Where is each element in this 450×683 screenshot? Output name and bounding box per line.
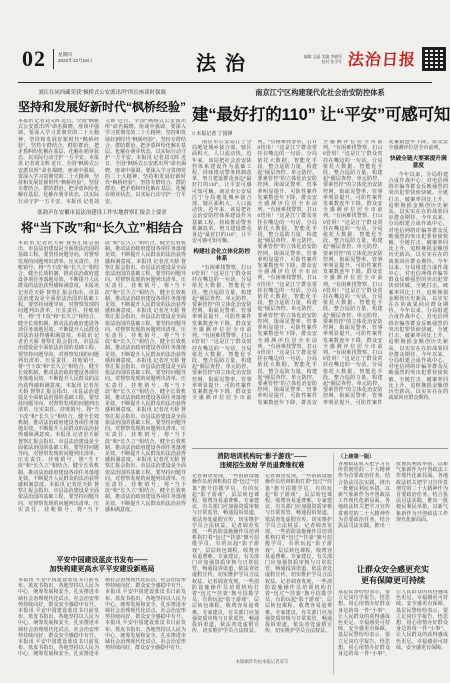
- article-subhead: 快破全链大要案提升满意度: [389, 156, 449, 168]
- footer-note: 本版稿件均由本报记者采写: [192, 659, 332, 665]
- date: 2022年12月15日: [58, 58, 92, 64]
- article-subhead: 构建社会化立体化防控体系: [192, 249, 252, 261]
- brief-headline-line2: 更有保障更可持续: [338, 575, 448, 586]
- article-mid-left: 张韵声在安徽市县法治建设工作实地督察汇报会上要求 将“当下改”和“长久立”相结合…: [18, 208, 186, 547]
- brief-headline-line1: 让群众安全感更充实: [338, 564, 448, 575]
- article-bottom-middle: 消防培训机构玩“影子游戏”—— 违规招生敛财 学员退费维权难 记者调查发现，一些…: [192, 453, 332, 665]
- article-kicker: 刘江在同西藏荣获“枫桥式公安派出所”所长座谈时强调: [18, 88, 186, 96]
- credits-line-2: 校对 张学军: [296, 59, 342, 64]
- article-headline: 建“最好打的110” 让“平安”可感可知: [192, 101, 448, 125]
- section-title: 法治: [160, 47, 290, 76]
- article-body: 基层民警纷纷表示，要立足岗位学报告、悟思想，用心用情办好群众身边的每一件“小事”…: [338, 590, 448, 678]
- page-number: 02: [22, 46, 46, 72]
- article-headline-line2: 加快构建更高水平平安建设新格局: [18, 565, 186, 574]
- body-paragraph: 南京市公安局江宁分局地处城乡接合部，辖区面积大、人口流动快。近年来，该局把社会治…: [192, 140, 252, 245]
- body-paragraph: 今年以来，分局组建合成作战中心，对电信网络诈骗等群众反映强烈的突出犯罪快侦快破、…: [389, 173, 449, 403]
- article-headline: 将“当下改”和“长久立”相结合: [18, 218, 186, 236]
- credits: 编辑 文晶 美编 李晓军 校对 张学军: [296, 54, 342, 65]
- article-top-left: 刘江在同西藏荣获“枫桥式公安派出所”所长座谈时强调 坚持和发展好新时代“枫桥经验…: [18, 88, 186, 213]
- masthead: 法治日报: [343, 47, 421, 70]
- article-right-bottom: （上接第一版） 各地政法机关把学习宣传贯彻党的二十大精神作为首要政治任务，结合执…: [338, 453, 448, 678]
- article-body: 记者调查发现，一些消防设施操作员培训机构打着“包过”“挂靠”旗号招揽学员，有的玩…: [192, 474, 332, 656]
- article-kicker: 南京江宁区构建现代化社会治安防控体系: [192, 88, 448, 98]
- article-kicker: 张韵声在安徽市县法治建设工作实地督察汇报会上要求: [18, 208, 186, 216]
- article-headline-line1: 消防培训机构玩“影子游戏”——: [192, 453, 332, 462]
- qr-code-icon: [422, 47, 446, 71]
- article-body: 本报讯 记者刘文晖 近日，全国“枫桥式公安派出所”命名揭晓。座谈中强调，要深入学…: [18, 119, 186, 213]
- newspaper-page: 02 星期四 2022年12月15日 法治 编辑 文晶 美编 李晓军 校对 张学…: [0, 0, 450, 683]
- article-bottom-left: 平安中国建设蓝皮书发布—— 加快构建更高水平平安建设新格局 本报讯 平安中国建设…: [18, 556, 186, 666]
- section-divider-rule: [192, 448, 448, 449]
- article-byline: □ 本报记者 丁国锋: [192, 130, 448, 137]
- date-block: 星期四 2022年12月15日: [58, 52, 92, 64]
- header-divider: [53, 49, 54, 69]
- continued-from-front-label: （上接第一版）: [338, 453, 448, 460]
- article-main: 南京江宁区构建现代化社会治安防控体系 建“最好打的110” 让“平安”可感可知 …: [192, 88, 448, 440]
- column-divider-rule: [333, 453, 334, 675]
- article-body: 南京市公安局江宁分局地处城乡接合部，辖区面积大、人口流动快。近年来，该局把社会治…: [192, 140, 448, 440]
- article-headline-line1: 平安中国建设蓝皮书发布——: [18, 556, 186, 565]
- header-rule: [18, 82, 432, 83]
- article-body: 本报讯 平安中国建设蓝皮书日前发布。蓝皮书指出，各地坚持以人民为中心，统筹发展和…: [18, 578, 186, 666]
- article-headline: 坚持和发展好新时代“枫桥经验”: [18, 98, 186, 115]
- article-body: 本报讯 记者范天娇 督察汇报会指出，市县法治建设是全面依法治国的基础工程。要坚持…: [18, 241, 186, 547]
- article-headline-line2: 违规招生敛财 学员退费维权难: [192, 462, 332, 471]
- article-body: 各地政法机关把学习宣传贯彻党的二十大精神作为首要政治任务，结合执法司法实践，推出…: [338, 462, 448, 558]
